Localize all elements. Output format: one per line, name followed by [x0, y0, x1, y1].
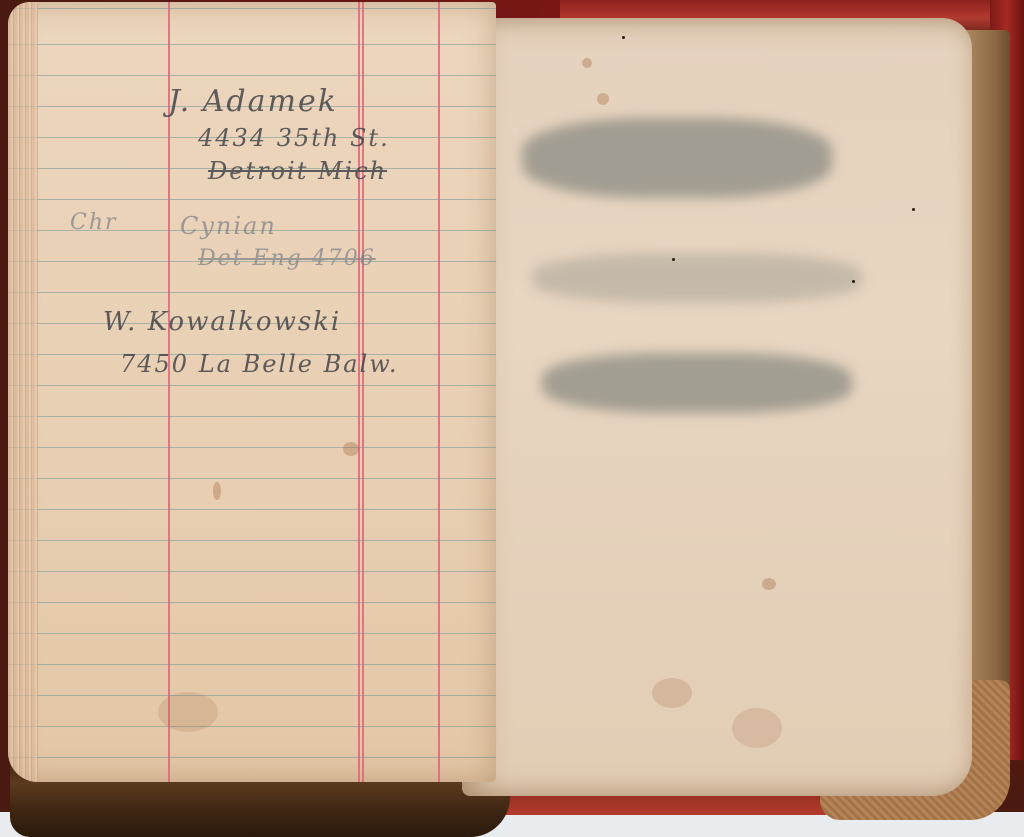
- dot: [912, 208, 915, 211]
- stain: [158, 692, 218, 732]
- ruled-lines: [8, 2, 496, 782]
- entry-1-address: 4434 35th St.: [198, 124, 390, 152]
- dot: [852, 280, 855, 283]
- margin-line: [168, 2, 170, 782]
- dot: [672, 258, 675, 261]
- stain: [597, 93, 609, 105]
- smudge: [542, 353, 852, 413]
- stain: [732, 708, 782, 748]
- stain: [343, 442, 359, 456]
- dot: [622, 36, 625, 39]
- entry-1-name: J. Adamek: [168, 84, 338, 119]
- right-page: [462, 18, 972, 796]
- margin-line: [438, 2, 440, 782]
- entry-3-name: W. Kowalkowski: [103, 307, 341, 337]
- page-edges: [8, 2, 38, 782]
- notebook-photo: J. Adamek 4434 35th St. Detroit Mich Chr…: [0, 0, 1024, 837]
- entry-3-address: 7450 La Belle Balw.: [120, 350, 399, 378]
- margin-line: [362, 2, 364, 782]
- entry-2-name: Cynian: [180, 212, 277, 240]
- smudge: [532, 253, 862, 303]
- stain: [652, 678, 692, 708]
- stain: [213, 482, 221, 500]
- left-page: J. Adamek 4434 35th St. Detroit Mich Chr…: [8, 2, 496, 782]
- margin-line: [358, 2, 360, 782]
- entry-1-city: Detroit Mich: [208, 157, 387, 185]
- stain: [582, 58, 592, 68]
- smudge: [522, 118, 832, 198]
- stain: [762, 578, 776, 590]
- entry-2-prefix: Chr: [70, 210, 118, 235]
- entry-2-address: Det Eng 4706: [198, 246, 376, 271]
